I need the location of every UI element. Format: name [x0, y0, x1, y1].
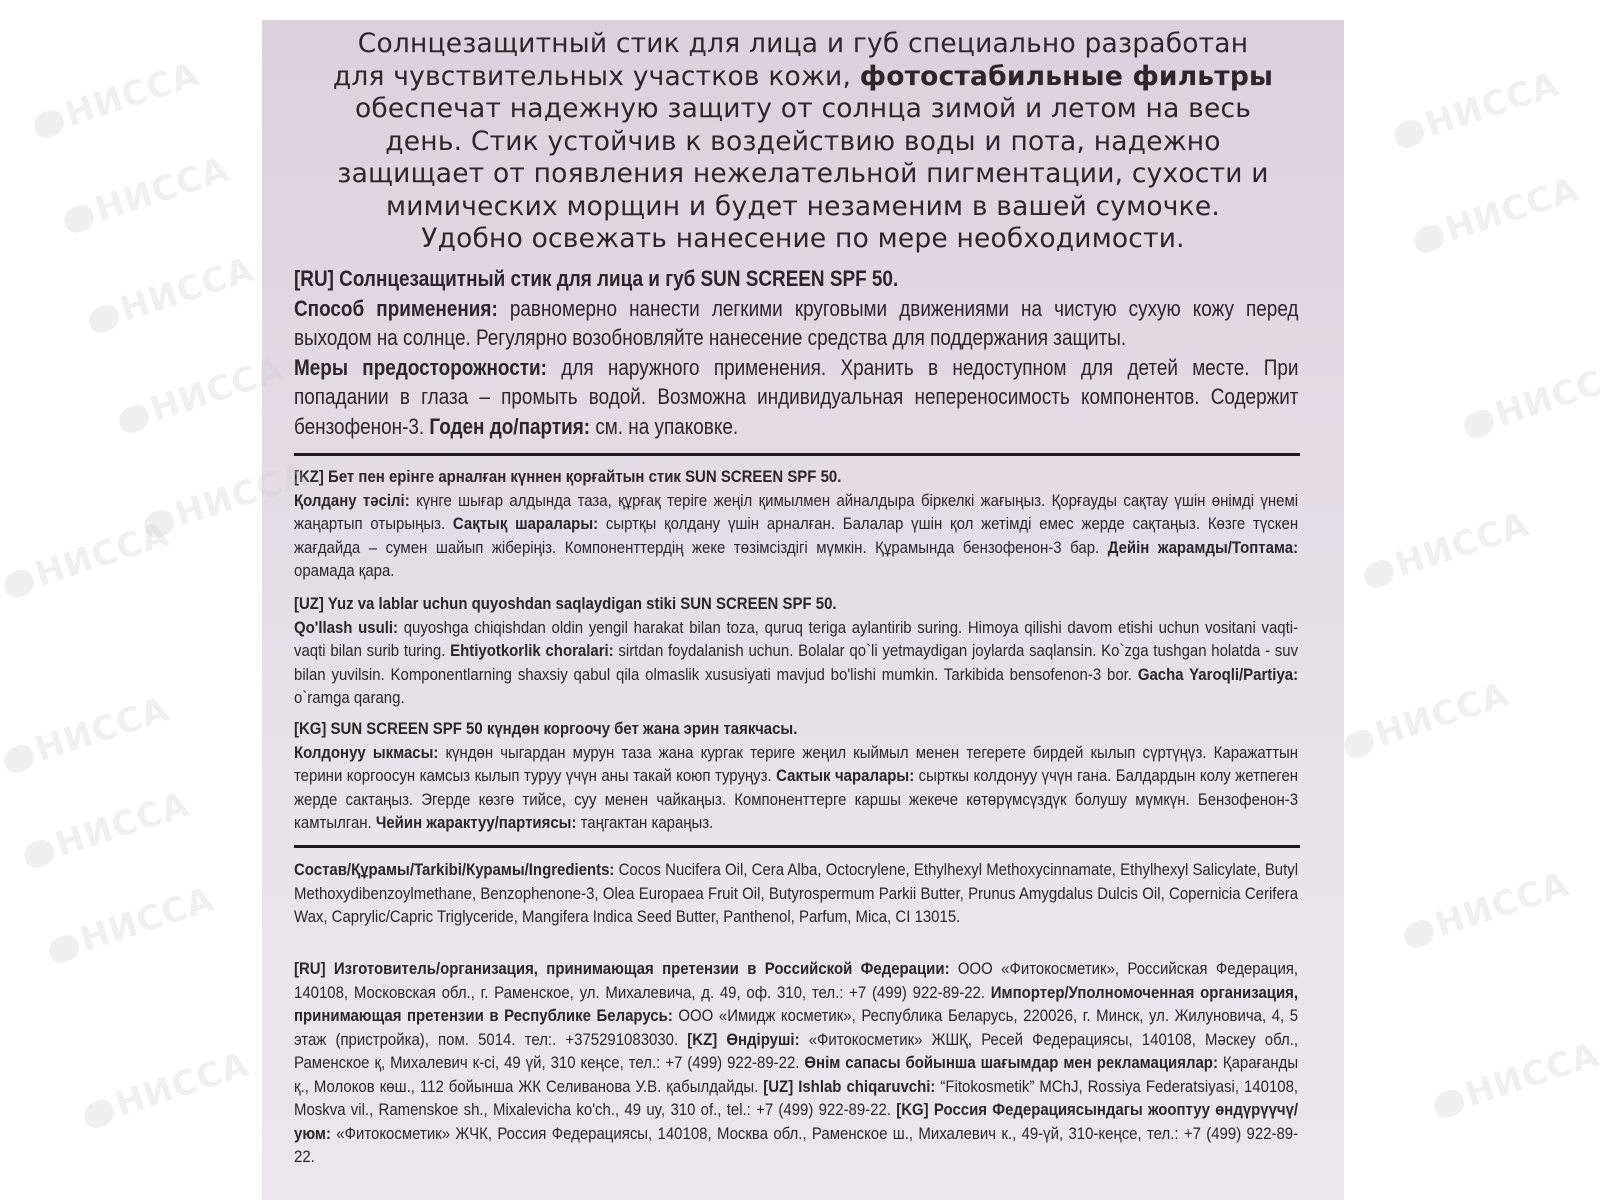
section-ru-caution: Меры предосторожности: для наружного при… [294, 353, 1298, 442]
watermark: НИССА [1408, 169, 1584, 260]
watermark: НИССА [0, 689, 174, 780]
section-uz-body: Qo'llash usuli: quyoshga chiqishdan oldi… [294, 616, 1298, 710]
section-kz: [KZ] Бет пен ерінге арналған күннен қорғ… [294, 465, 1298, 583]
watermark-logo-icon [1411, 221, 1448, 255]
intro-highlight: фотостабильные фильтры [860, 61, 1273, 92]
section-kg: [KG] SUN SCREEN SPF 50 күндөн коргоочу б… [294, 717, 1298, 835]
ingredients-label: Состав/Құрамы/Tarkibi/Курамы/Ingredients… [294, 860, 614, 879]
watermark: НИССА [1458, 354, 1600, 445]
watermark: НИССА [58, 149, 234, 240]
ingredients: Состав/Құрамы/Tarkibi/Курамы/Ingredients… [294, 858, 1298, 929]
manufacturer-info: [RU] Изготовитель/организация, принимающ… [294, 957, 1298, 1169]
watermark-logo-icon [1431, 1086, 1468, 1120]
section-kz-title: [KZ] Бет пен ерінге арналған күннен қорғ… [294, 465, 1298, 489]
watermark-logo-icon [61, 201, 98, 235]
intro-line: для чувствительных участков кожи, фотост… [262, 61, 1344, 94]
section-ru-title: [RU] Солнцезащитный стик для лица и губ … [294, 264, 1298, 294]
watermark: НИССА [0, 514, 174, 605]
watermark-logo-icon [1, 566, 38, 600]
watermark-logo-icon [1391, 116, 1428, 150]
watermark: НИССА [28, 54, 204, 145]
watermark-logo-icon [1341, 726, 1378, 760]
watermark-logo-icon [141, 506, 178, 540]
watermark-logo-icon [1361, 556, 1398, 590]
watermark-logo-icon [1401, 916, 1438, 950]
watermark-logo-icon [116, 401, 153, 435]
section-uz-title: [UZ] Yuz va lablar uchun quyoshdan saqla… [294, 592, 1298, 616]
watermark-logo-icon [1, 741, 38, 775]
watermark: НИССА [1428, 1034, 1600, 1125]
watermark: НИССА [78, 1044, 254, 1135]
section-kz-body: Қолдану тәсілі: күнге шығар алдында таза… [294, 489, 1298, 583]
watermark: НИССА [1388, 64, 1564, 155]
intro-line: защищает от появления нежелательной пигм… [262, 158, 1344, 191]
section-kg-title: [KG] SUN SCREEN SPF 50 күндөн коргоочу б… [294, 717, 1298, 741]
section-uz: [UZ] Yuz va lablar uchun quyoshdan saqla… [294, 592, 1298, 710]
watermark-logo-icon [31, 106, 68, 140]
divider [294, 453, 1300, 456]
watermark: НИССА [43, 879, 219, 970]
label-panel: Солнцезащитный стик для лица и губ специ… [262, 20, 1344, 1200]
watermark: НИССА [18, 784, 194, 875]
watermark: НИССА [83, 249, 259, 340]
watermark-logo-icon [1461, 406, 1498, 440]
intro-line: день. Стик устойчив к воздействию воды и… [262, 126, 1344, 159]
section-ru-usage: Способ применения: равномерно нанести ле… [294, 294, 1298, 353]
intro-line: мимических морщин и будет незаменим в ва… [262, 191, 1344, 224]
intro-line: обеспечат надежную защиту от солнца зимо… [262, 93, 1344, 126]
watermark: НИССА [1338, 674, 1514, 765]
intro-line: Удобно освежать нанесение по мере необхо… [262, 223, 1344, 256]
section-kg-body: Колдонуу ыкмасы: күндөн чыгардан мурун т… [294, 741, 1298, 835]
section-ru: [RU] Солнцезащитный стик для лица и губ … [294, 264, 1298, 441]
watermark: НИССА [1398, 864, 1574, 955]
divider [294, 845, 1300, 848]
intro-line: Солнцезащитный стик для лица и губ специ… [262, 28, 1344, 61]
watermark-logo-icon [86, 301, 123, 335]
intro-text: Солнцезащитный стик для лица и губ специ… [262, 28, 1344, 256]
watermark-logo-icon [46, 931, 83, 965]
watermark: НИССА [1358, 504, 1534, 595]
watermark-logo-icon [21, 836, 58, 870]
watermark-logo-icon [81, 1096, 118, 1130]
